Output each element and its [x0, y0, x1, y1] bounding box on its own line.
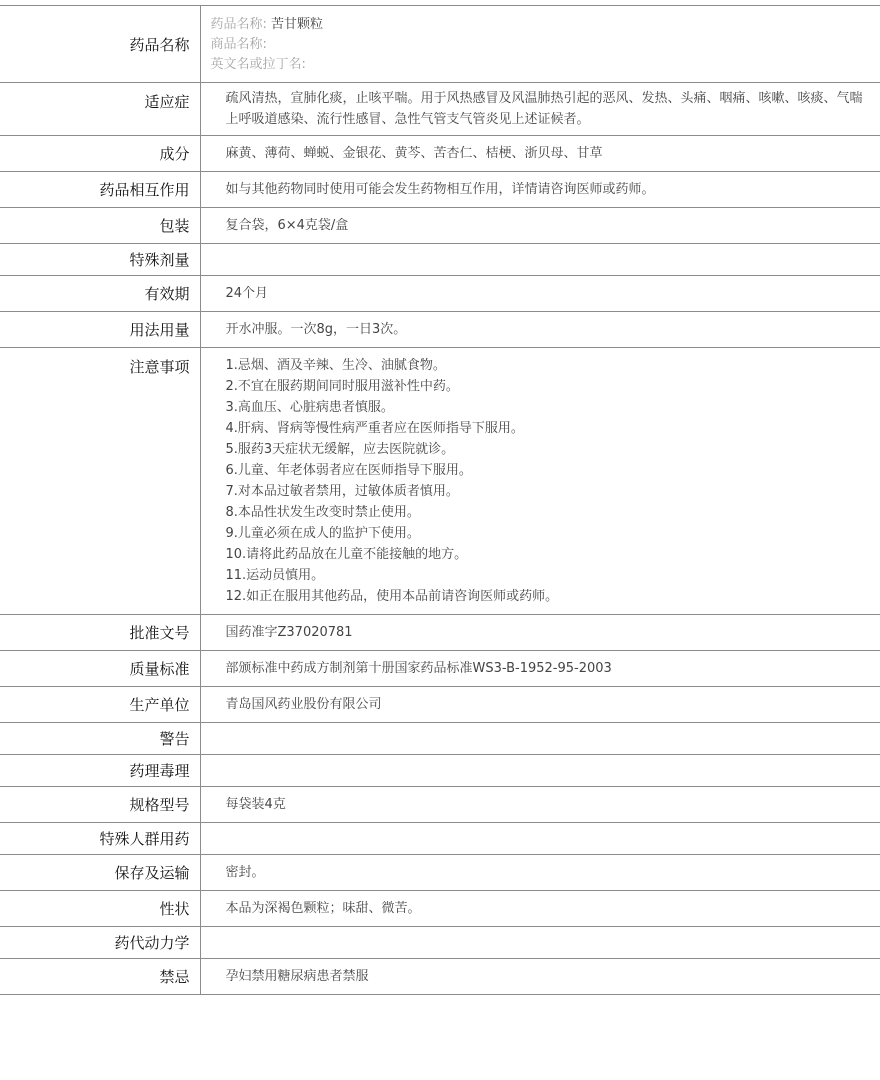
row-ingredients: 成分 麻黄、薄荷、蝉蜕、金银花、黄芩、苦杏仁、桔梗、浙贝母、甘草 [0, 136, 880, 172]
row-label: 特殊人群用药 [0, 823, 200, 855]
trade-name-label: 商品名称: [211, 37, 267, 52]
list-item: 1.忌烟、酒及辛辣、生冷、油腻食物。 [226, 355, 871, 376]
english-name-label: 英文名或拉丁名: [211, 57, 306, 72]
english-name-line: 英文名或拉丁名: [211, 55, 871, 75]
special-populations-value [200, 823, 880, 855]
list-item: 7.对本品过敏者禁用，过敏体质者慎用。 [226, 481, 871, 502]
row-contraindications: 禁忌 孕妇禁用糖尿病患者禁服 [0, 959, 880, 995]
row-approval-number: 批准文号 国药准字Z37020781 [0, 615, 880, 651]
row-storage: 保存及运输 密封。 [0, 855, 880, 891]
row-label: 适应症 [0, 83, 200, 136]
description-value: 本品为深褐色颗粒；味甜、微苦。 [200, 891, 880, 927]
packaging-value: 复合袋，6×4克袋/盒 [200, 208, 880, 244]
shelf-life-value: 24个月 [200, 276, 880, 312]
row-label: 药品相互作用 [0, 172, 200, 208]
dosage-value: 开水冲服。一次8g，一日3次。 [200, 312, 880, 348]
row-label: 质量标准 [0, 651, 200, 687]
row-description: 性状 本品为深褐色颗粒；味甜、微苦。 [0, 891, 880, 927]
row-label: 成分 [0, 136, 200, 172]
row-label: 用法用量 [0, 312, 200, 348]
storage-value: 密封。 [200, 855, 880, 891]
list-item: 8.本品性状发生改变时禁止使用。 [226, 502, 871, 523]
precautions-cell: 1.忌烟、酒及辛辣、生冷、油腻食物。 2.不宜在服药期间同时服用滋补性中药。 3… [200, 348, 880, 615]
row-label: 性状 [0, 891, 200, 927]
row-shelf-life: 有效期 24个月 [0, 276, 880, 312]
row-dosage: 用法用量 开水冲服。一次8g，一日3次。 [0, 312, 880, 348]
warning-value [200, 723, 880, 755]
precautions-list: 1.忌烟、酒及辛辣、生冷、油腻食物。 2.不宜在服药期间同时服用滋补性中药。 3… [226, 355, 871, 607]
row-interactions: 药品相互作用 如与其他药物同时使用可能会发生药物相互作用，详情请咨询医师或药师。 [0, 172, 880, 208]
interactions-value: 如与其他药物同时使用可能会发生药物相互作用，详情请咨询医师或药师。 [200, 172, 880, 208]
list-item: 11.运动员慎用。 [226, 565, 871, 586]
row-label: 有效期 [0, 276, 200, 312]
list-item: 4.肝病、肾病等慢性病严重者应在医师指导下服用。 [226, 418, 871, 439]
list-item: 5.服药3天症状无缓解，应去医院就诊。 [226, 439, 871, 460]
row-special-populations: 特殊人群用药 [0, 823, 880, 855]
row-label: 药理毒理 [0, 755, 200, 787]
row-indications: 适应症 疏风清热，宣肺化痰，止咳平喘。用于风热感冒及风温肺热引起的恶风、发热、头… [0, 83, 880, 136]
row-label: 保存及运输 [0, 855, 200, 891]
row-label: 规格型号 [0, 787, 200, 823]
quality-standard-value: 部颁标准中药成方制剂第十册国家药品标准WS3-B-1952-95-2003 [200, 651, 880, 687]
row-label: 注意事项 [0, 348, 200, 615]
row-special-dosage: 特殊剂量 [0, 244, 880, 276]
list-item: 9.儿童必须在成人的监护下使用。 [226, 523, 871, 544]
drug-spec-table: 药品名称 药品名称: 苦甘颗粒 商品名称: 英文名或拉丁名: 适应症 疏风清热，… [0, 5, 880, 995]
row-label: 警告 [0, 723, 200, 755]
row-label: 药品名称 [0, 6, 200, 83]
row-label: 药代动力学 [0, 927, 200, 959]
row-quality-standard: 质量标准 部颁标准中药成方制剂第十册国家药品标准WS3-B-1952-95-20… [0, 651, 880, 687]
contraindications-value: 孕妇禁用糖尿病患者禁服 [200, 959, 880, 995]
approval-number-value: 国药准字Z37020781 [200, 615, 880, 651]
row-label: 禁忌 [0, 959, 200, 995]
list-item: 12.如正在服用其他药品，使用本品前请咨询医师或药师。 [226, 586, 871, 607]
pharmacology-toxicology-value [200, 755, 880, 787]
special-dosage-value [200, 244, 880, 276]
generic-name-label: 药品名称: [211, 17, 267, 32]
row-label: 特殊剂量 [0, 244, 200, 276]
row-warning: 警告 [0, 723, 880, 755]
generic-name-line: 药品名称: 苦甘颗粒 [211, 15, 871, 35]
list-item: 6.儿童、年老体弱者应在医师指导下服用。 [226, 460, 871, 481]
trade-name-line: 商品名称: [211, 35, 871, 55]
indications-value: 疏风清热，宣肺化痰，止咳平喘。用于风热感冒及风温肺热引起的恶风、发热、头痛、咽痛… [200, 83, 880, 136]
list-item: 2.不宜在服药期间同时服用滋补性中药。 [226, 376, 871, 397]
row-packaging: 包装 复合袋，6×4克袋/盒 [0, 208, 880, 244]
row-specification: 规格型号 每袋装4克 [0, 787, 880, 823]
row-label: 生产单位 [0, 687, 200, 723]
row-drug-name: 药品名称 药品名称: 苦甘颗粒 商品名称: 英文名或拉丁名: [0, 6, 880, 83]
specification-value: 每袋装4克 [200, 787, 880, 823]
manufacturer-value: 青岛国风药业股份有限公司 [200, 687, 880, 723]
ingredients-value: 麻黄、薄荷、蝉蜕、金银花、黄芩、苦杏仁、桔梗、浙贝母、甘草 [200, 136, 880, 172]
row-label: 批准文号 [0, 615, 200, 651]
row-label: 包装 [0, 208, 200, 244]
row-precautions: 注意事项 1.忌烟、酒及辛辣、生冷、油腻食物。 2.不宜在服药期间同时服用滋补性… [0, 348, 880, 615]
row-pharmacokinetics: 药代动力学 [0, 927, 880, 959]
generic-name-value: 苦甘颗粒 [271, 17, 323, 32]
pharmacokinetics-value [200, 927, 880, 959]
list-item: 3.高血压、心脏病患者慎服。 [226, 397, 871, 418]
drug-name-cell: 药品名称: 苦甘颗粒 商品名称: 英文名或拉丁名: [200, 6, 880, 83]
row-manufacturer: 生产单位 青岛国风药业股份有限公司 [0, 687, 880, 723]
list-item: 10.请将此药品放在儿童不能接触的地方。 [226, 544, 871, 565]
row-pharmacology-toxicology: 药理毒理 [0, 755, 880, 787]
